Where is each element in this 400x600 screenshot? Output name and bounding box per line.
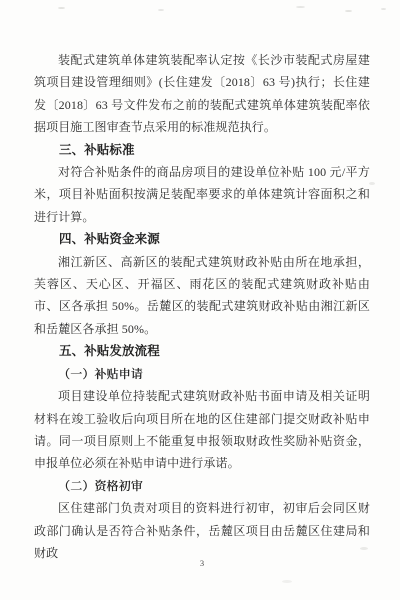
scanned-document-page: 装配式建筑单体建筑装配率认定按《长沙市装配式房屋建筑项目建设管理细则》(长住建发… [0,0,400,600]
scan-artifact [296,6,305,8]
scan-artifact [58,7,65,9]
section-heading-disbursement-process: 五、补贴发放流程 [34,340,370,362]
page-number: 3 [34,558,370,568]
section-heading-subsidy-standard: 三、补贴标准 [34,139,370,161]
paragraph-funding-source: 湘江新区、高新区的装配式建筑财政补贴由所在地承担，芙蓉区、天心区、开福区、雨花区… [34,251,370,341]
subsection-heading-subsidy-application: （一）补贴申请 [34,363,370,385]
paragraph-subsidy-application: 项目建设单位持装配式建筑财政补贴书面申请及相关证明材料在竣工验收后向项目所在地的… [34,385,370,475]
paragraph-qualification-review: 区住建部门负责对项目的资料进行初审，初审后会同区财政部门确认是否符合补贴条件，岳… [34,497,370,564]
scan-artifact [158,9,164,11]
subsection-heading-qualification-review: （二）资格初审 [34,475,370,497]
document-body: 装配式建筑单体建筑装配率认定按《长沙市装配式房屋建筑项目建设管理细则》(长住建发… [34,49,370,564]
scan-artifact [345,10,352,12]
scan-artifact [282,580,292,583]
paragraph-assembly-rate-determination: 装配式建筑单体建筑装配率认定按《长沙市装配式房屋建筑项目建设管理细则》(长住建发… [34,49,370,139]
paragraph-subsidy-standard: 对符合补贴条件的商品房项目的建设单位补贴 100 元/平方米，项目补贴面积按满足… [34,161,370,228]
scan-artifact [381,8,386,10]
section-heading-funding-source: 四、补贴资金来源 [34,228,370,250]
